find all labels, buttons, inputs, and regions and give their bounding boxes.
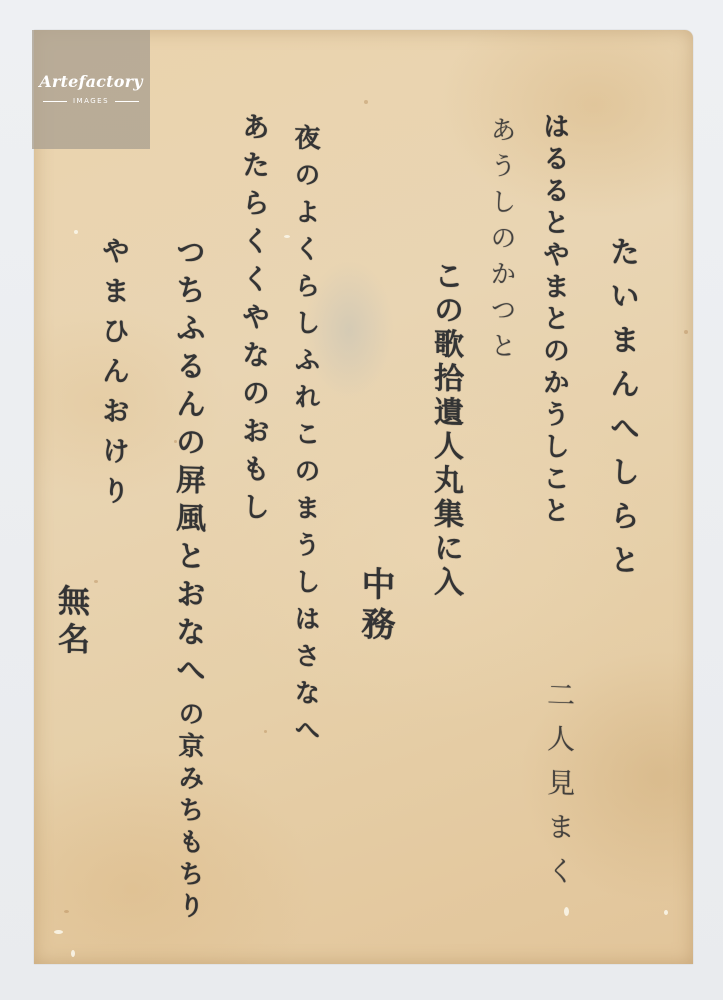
calligraphy-column-1: たいまんへしらと	[606, 235, 636, 588]
paper-stain	[94, 580, 98, 583]
paper-fleck	[71, 950, 75, 957]
watermark-title: Artefactory	[32, 72, 150, 91]
calligraphy-column-2-upper: はるるとやまとのかうしこと	[540, 112, 567, 529]
watermark-subtitle-row: IMAGES	[32, 97, 150, 105]
paper-stain	[684, 330, 688, 334]
paper-stain	[264, 730, 267, 733]
poet-name-anonymous: 無名	[56, 583, 88, 660]
watermark-rule-left	[43, 101, 67, 102]
calligraphy-column-3-note: この歌拾遺人丸集に入	[430, 259, 460, 600]
paper-fleck	[74, 230, 78, 234]
calligraphy-column-6-lower: の京みちもちり	[176, 700, 202, 925]
calligraphy-column-3-upper: あうしのかつと	[488, 116, 514, 369]
paper-fleck	[664, 910, 668, 915]
paper-stain	[364, 100, 368, 104]
calligraphy-column-7: やまひんおけり	[100, 236, 128, 517]
calligraphy-column-6-upper: つちふるんの屏風とおなへ	[172, 235, 202, 692]
calligraphy-column-5: あたらくくやなのおもし	[240, 112, 268, 531]
calligraphy-column-2-lower: 二人見まく	[545, 680, 573, 901]
watermark-subtitle: IMAGES	[73, 97, 109, 105]
paper-fleck	[54, 930, 63, 934]
artefactory-watermark: Artefactory IMAGES	[32, 30, 150, 149]
manuscript-paper	[34, 30, 693, 964]
calligraphy-column-4: 夜のよくらしふれこのまうしはさなへ	[292, 124, 318, 754]
watermark-rule-right	[115, 101, 139, 102]
paper-stain	[64, 910, 69, 913]
poet-name-nakatsukasa: 中務	[358, 565, 392, 646]
paper-fleck	[564, 907, 569, 916]
